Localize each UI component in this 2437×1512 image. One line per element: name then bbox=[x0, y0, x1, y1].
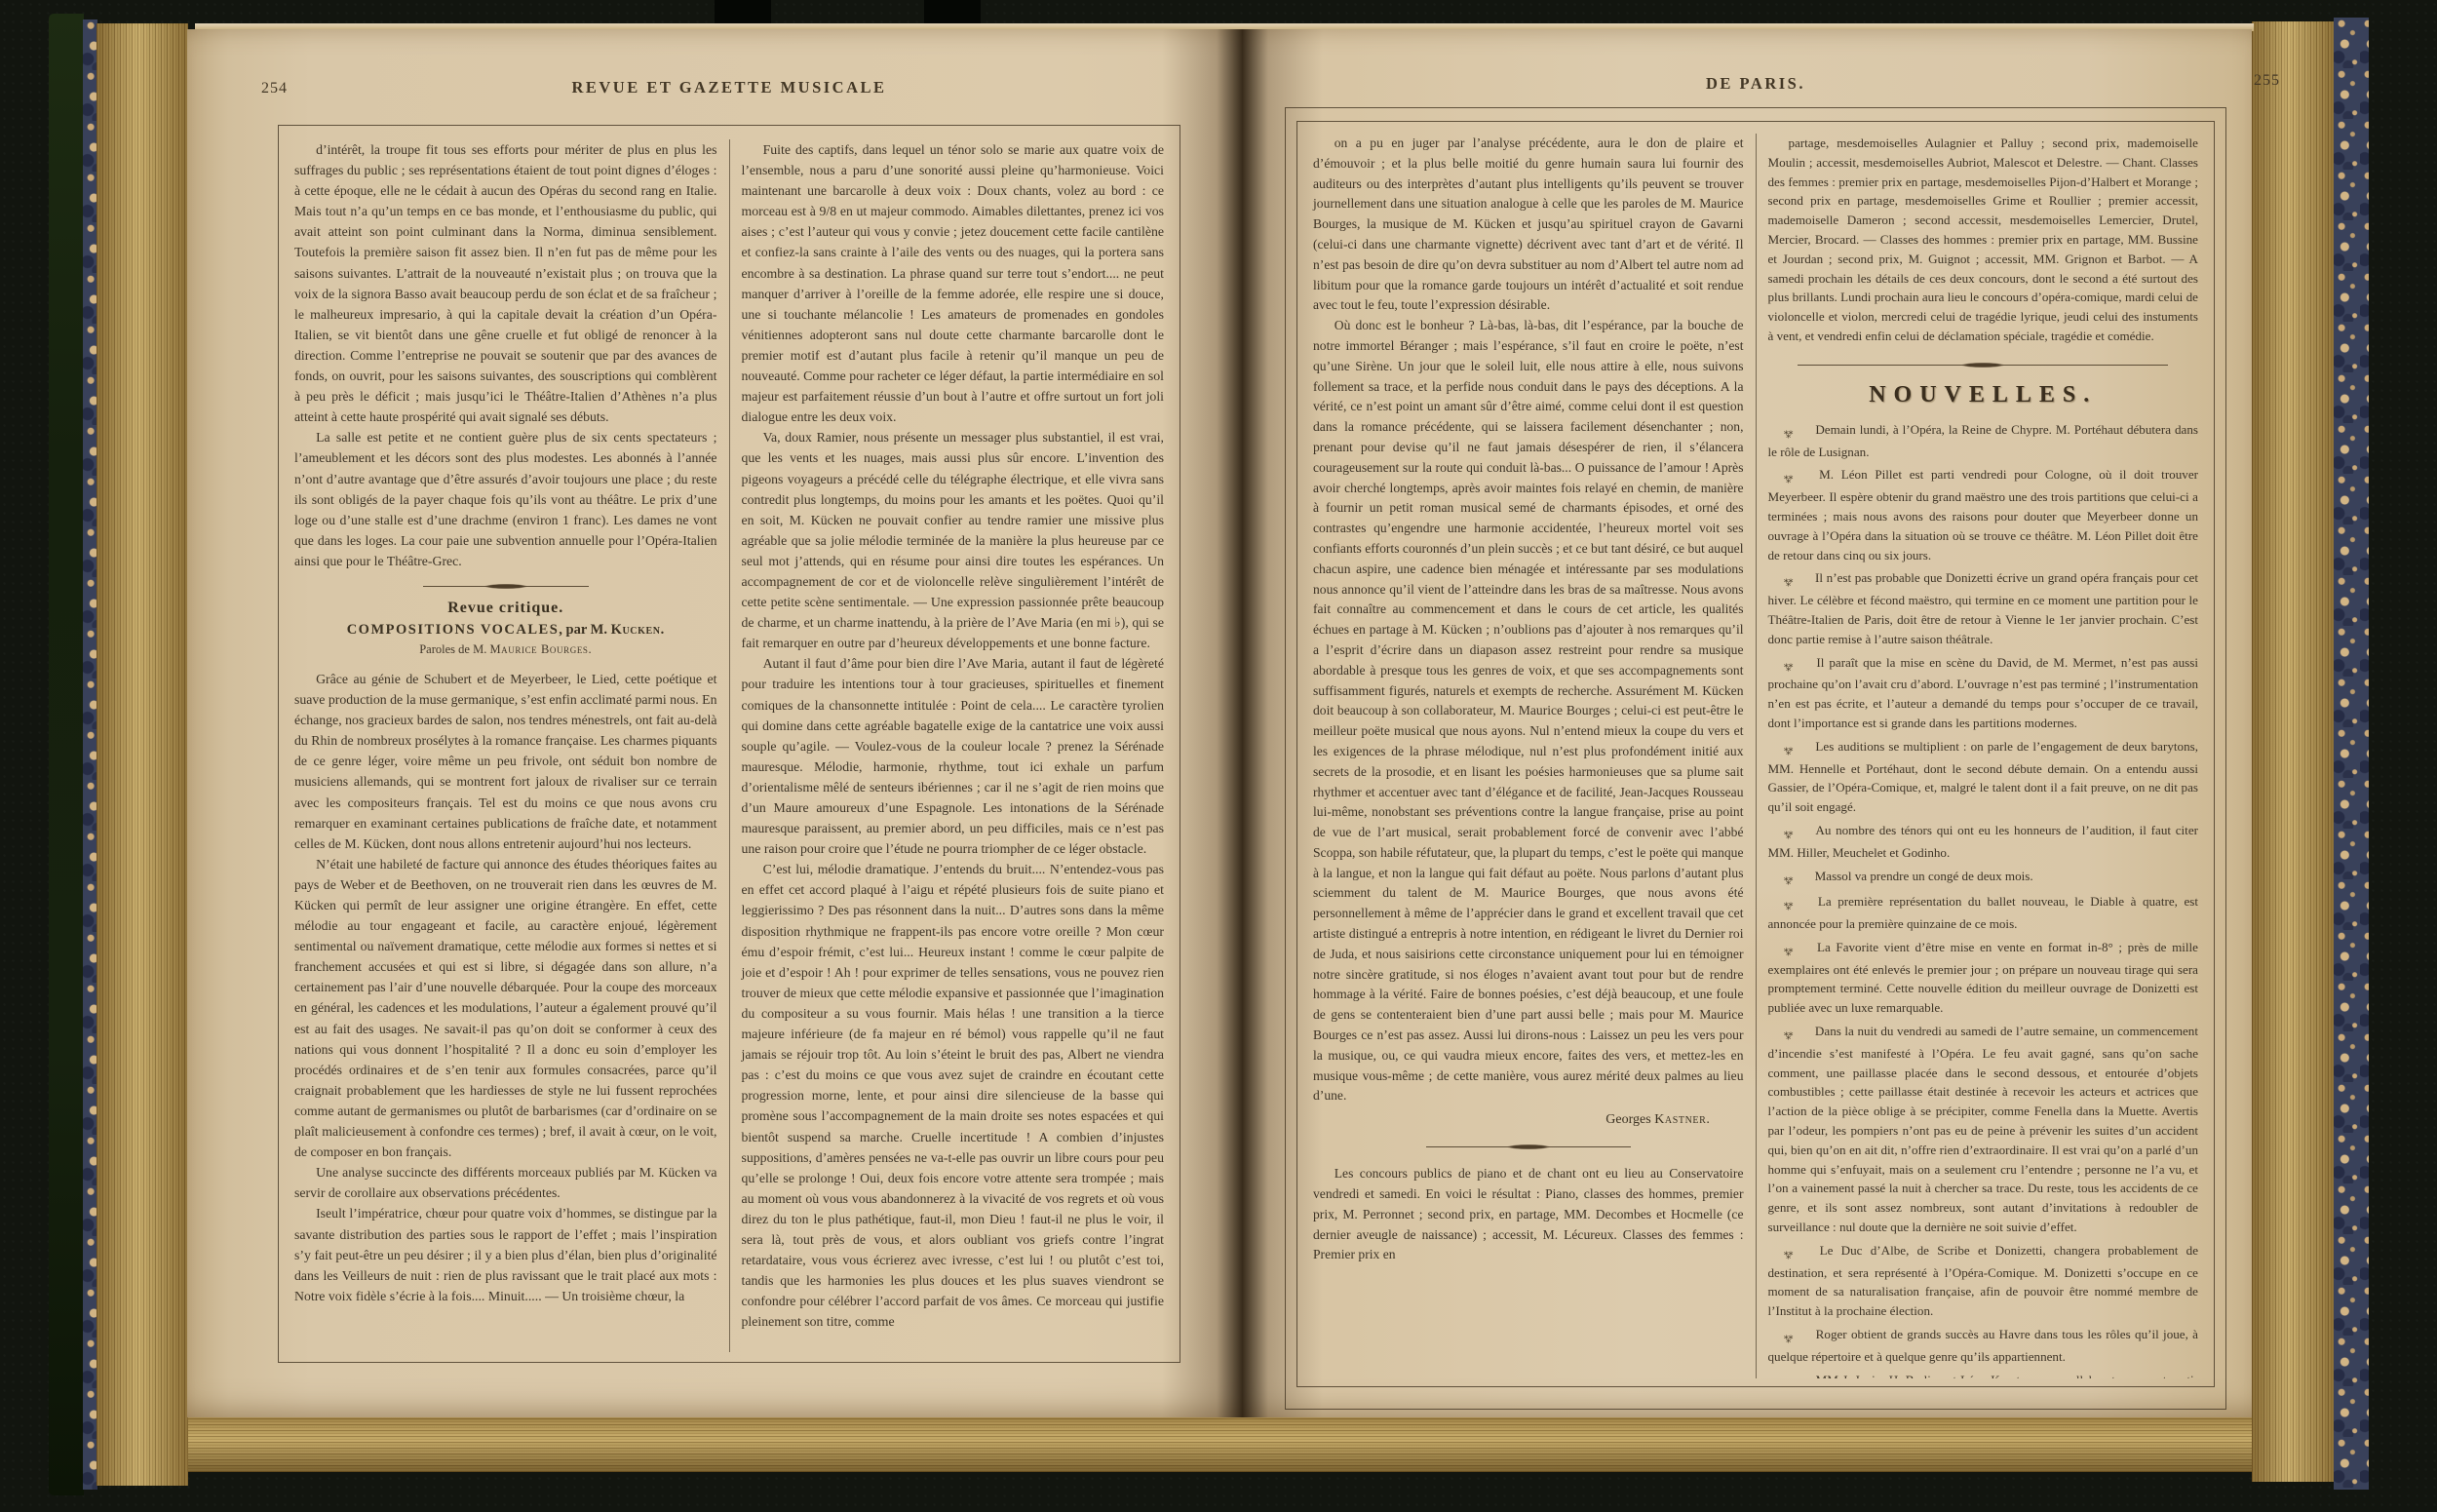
news-item: ⁂ Roger obtient de grands succès au Havr… bbox=[1768, 1325, 2199, 1367]
asterism-icon: ⁂ bbox=[1783, 1373, 1808, 1378]
news-item: ⁂ La Favorite vient d’être mise en vente… bbox=[1768, 938, 2199, 1018]
news-item: ⁂ Demain lundi, à l’Opéra, la Reine de C… bbox=[1768, 420, 2199, 462]
paragraph: Grâce au génie de Schubert et de Meyerbe… bbox=[294, 669, 717, 854]
news-item: ⁂ Les auditions se multiplient : on parl… bbox=[1768, 737, 2199, 817]
paragraph: C’est lui, mélodie dramatique. J’entends… bbox=[742, 859, 1165, 1332]
right-col1-after-paragraphs: Les concours publics de piano et de chan… bbox=[1313, 1164, 1744, 1265]
right-column-1: on a pu en juger par l’analyse précédent… bbox=[1297, 134, 1756, 1378]
nouvelles-heading: NOUVELLES. bbox=[1768, 382, 2199, 408]
paragraph: Va, doux Ramier, nous présente un messag… bbox=[742, 427, 1165, 653]
running-title-right: DE PARIS. bbox=[1285, 74, 2226, 94]
paragraph: N’était une habileté de facture qui anno… bbox=[294, 854, 717, 1162]
text-frame-right-inner: on a pu en juger par l’analyse précédent… bbox=[1296, 121, 2215, 1387]
left-col2-paragraphs: Fuite des captifs, dans lequel un ténor … bbox=[742, 139, 1165, 1332]
news-item: ⁂ MM J. Janin, H. Berlioz et Léon Kreutz… bbox=[1768, 1371, 2199, 1378]
article-title-mid: , par M. bbox=[559, 622, 610, 638]
section-heading-revue-critique: Revue critique. bbox=[294, 600, 717, 617]
news-item: ⁂ M. Léon Pillet est parti vendredi pour… bbox=[1768, 465, 2199, 564]
page-edge-stack-left bbox=[97, 23, 188, 1486]
page-edge-stack-bottom bbox=[117, 1412, 2347, 1472]
article-title-author: Kucken. bbox=[611, 622, 665, 638]
paragraph: Autant il faut d’âme pour bien dire l’Av… bbox=[742, 653, 1165, 859]
ornament-rule-icon bbox=[1426, 1144, 1631, 1150]
paragraph: d’intérêt, la troupe fit tous ses effort… bbox=[294, 139, 717, 427]
left-col1-bottom-paragraphs: Grâce au génie de Schubert et de Meyerbe… bbox=[294, 669, 717, 1306]
asterism-icon: ⁂ bbox=[1783, 1243, 1808, 1262]
scanned-journal-spread: { "left_page": { "page_number": "254", "… bbox=[0, 0, 2437, 1512]
signature-first-name: Georges bbox=[1605, 1112, 1654, 1127]
right-col1-paragraphs: on a pu en juger par l’analyse précédent… bbox=[1313, 134, 1744, 1106]
byline-prefix: Paroles de M. bbox=[419, 642, 489, 656]
paragraph: Fuite des captifs, dans lequel un ténor … bbox=[742, 139, 1165, 427]
asterism-icon: ⁂ bbox=[1783, 869, 1808, 888]
news-item: ⁂ Il paraît que la mise en scène du Davi… bbox=[1768, 653, 2199, 733]
asterism-icon: ⁂ bbox=[1783, 739, 1808, 758]
asterism-icon: ⁂ bbox=[1783, 655, 1808, 675]
news-item: ⁂ Le Duc d’Albe, de Scribe et Donizetti,… bbox=[1768, 1241, 2199, 1321]
article-title: COMPOSITIONS VOCALES, par M. Kucken. bbox=[294, 622, 717, 639]
asterism-icon: ⁂ bbox=[1783, 823, 1808, 842]
page-number-right: 255 bbox=[2254, 72, 2280, 90]
article-title-caps: COMPOSITIONS VOCALES bbox=[347, 622, 560, 638]
signature-last-name: Kastner. bbox=[1654, 1112, 1710, 1127]
asterism-icon: ⁂ bbox=[1783, 570, 1808, 590]
left-column-2: Fuite des captifs, dans lequel un ténor … bbox=[729, 139, 1180, 1352]
news-list: ⁂ Demain lundi, à l’Opéra, la Reine de C… bbox=[1768, 420, 2199, 1378]
paragraph: Une analyse succincte des différents mor… bbox=[294, 1162, 717, 1203]
article-byline: Paroles de M. Maurice Bourges. bbox=[294, 642, 717, 657]
right-column-2: partage, mesdemoiselles Aulagnier et Pal… bbox=[1756, 134, 2215, 1378]
book-spread: 254 REVUE ET GAZETTE MUSICALE d’intérêt,… bbox=[187, 29, 2252, 1417]
marbled-cover-right bbox=[2334, 18, 2369, 1490]
marbled-cover-left bbox=[83, 19, 97, 1490]
paragraph: on a pu en juger par l’analyse précédent… bbox=[1313, 134, 1744, 316]
asterism-icon: ⁂ bbox=[1783, 1327, 1808, 1346]
left-column-1: d’intérêt, la troupe fit tous ses effort… bbox=[279, 139, 729, 1352]
right-col2-top-paragraphs: partage, mesdemoiselles Aulagnier et Pal… bbox=[1768, 134, 2199, 346]
news-item: ⁂ Dans la nuit du vendredi au samedi de … bbox=[1768, 1022, 2199, 1237]
paragraph: Iseult l’impératrice, chœur pour quatre … bbox=[294, 1203, 717, 1305]
news-item: ⁂ La première représentation du ballet n… bbox=[1768, 892, 2199, 934]
news-item: ⁂ Massol va prendre un congé de deux moi… bbox=[1768, 867, 2199, 889]
asterism-icon: ⁂ bbox=[1783, 1024, 1808, 1043]
news-item: ⁂ Il n’est pas probable que Donizetti éc… bbox=[1768, 568, 2199, 648]
byline-name: Maurice Bourges. bbox=[489, 642, 592, 656]
paragraph: Les concours publics de piano et de chan… bbox=[1313, 1164, 1744, 1265]
running-title-left: REVUE ET GAZETTE MUSICALE bbox=[278, 78, 1180, 97]
news-item: ⁂ Au nombre des ténors qui ont eu les ho… bbox=[1768, 821, 2199, 863]
paragraph: partage, mesdemoiselles Aulagnier et Pal… bbox=[1768, 134, 2199, 346]
article-signature: Georges Kastner. bbox=[1313, 1112, 1711, 1128]
book-cover-left bbox=[49, 14, 84, 1495]
asterism-icon: ⁂ bbox=[1783, 422, 1808, 442]
paragraph: La salle est petite et ne contient guère… bbox=[294, 427, 717, 571]
asterism-icon: ⁂ bbox=[1783, 940, 1808, 959]
ornament-rule-icon bbox=[1798, 362, 2168, 368]
text-frame-right-outer: on a pu en juger par l’analyse précédent… bbox=[1285, 107, 2226, 1410]
asterism-icon: ⁂ bbox=[1783, 894, 1808, 913]
paragraph: Où donc est le bonheur ? Là-bas, là-bas,… bbox=[1313, 316, 1744, 1106]
page-edge-stack-right bbox=[2252, 21, 2335, 1482]
left-col1-top-paragraphs: d’intérêt, la troupe fit tous ses effort… bbox=[294, 139, 717, 571]
asterism-icon: ⁂ bbox=[1783, 467, 1808, 486]
text-frame-left: d’intérêt, la troupe fit tous ses effort… bbox=[278, 125, 1180, 1363]
ornament-rule-icon bbox=[423, 583, 589, 590]
